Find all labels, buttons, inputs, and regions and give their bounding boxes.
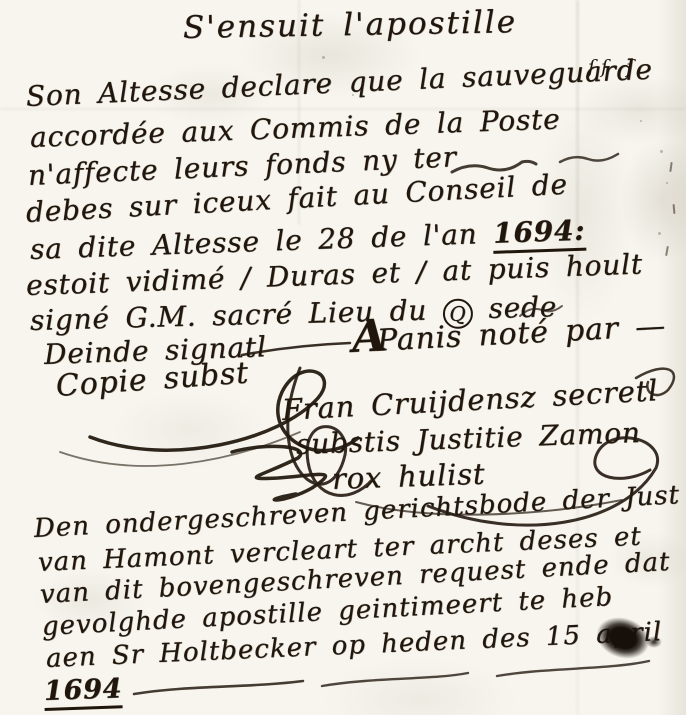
year-1694-bottom-underlined: 1694 — [43, 673, 123, 711]
document-title: S'ensuit l'apostille — [183, 4, 518, 46]
bottom-dash-1 — [134, 681, 303, 694]
edge-pen-mark — [673, 204, 676, 214]
paper-speck — [658, 232, 661, 235]
french-line-2: accordée aux Commis de la Poste — [29, 102, 561, 154]
signature-flourish — [60, 432, 300, 466]
paper-speck — [666, 182, 668, 184]
bottom-dash-2 — [322, 673, 468, 686]
paper-speck — [660, 150, 663, 153]
right-margin-shading — [658, 0, 686, 715]
edge-pen-mark — [665, 246, 669, 256]
paper-speck — [640, 120, 642, 122]
year-1694-underlined: 1694: — [493, 214, 587, 254]
bottom-dash-3 — [497, 661, 649, 676]
edge-pen-mark — [669, 162, 672, 172]
french-line-8-text: Panis noté par — — [376, 309, 667, 359]
pen-scribble — [560, 154, 618, 162]
dutch-line-6: 1694 — [43, 673, 122, 707]
ink-blot-small — [646, 636, 662, 648]
signature-line-3: rox hulist — [331, 457, 485, 496]
manuscript-page: S'ensuit l'apostille ſſ ſ Son Altesse de… — [0, 0, 686, 715]
paper-speck — [322, 56, 325, 59]
